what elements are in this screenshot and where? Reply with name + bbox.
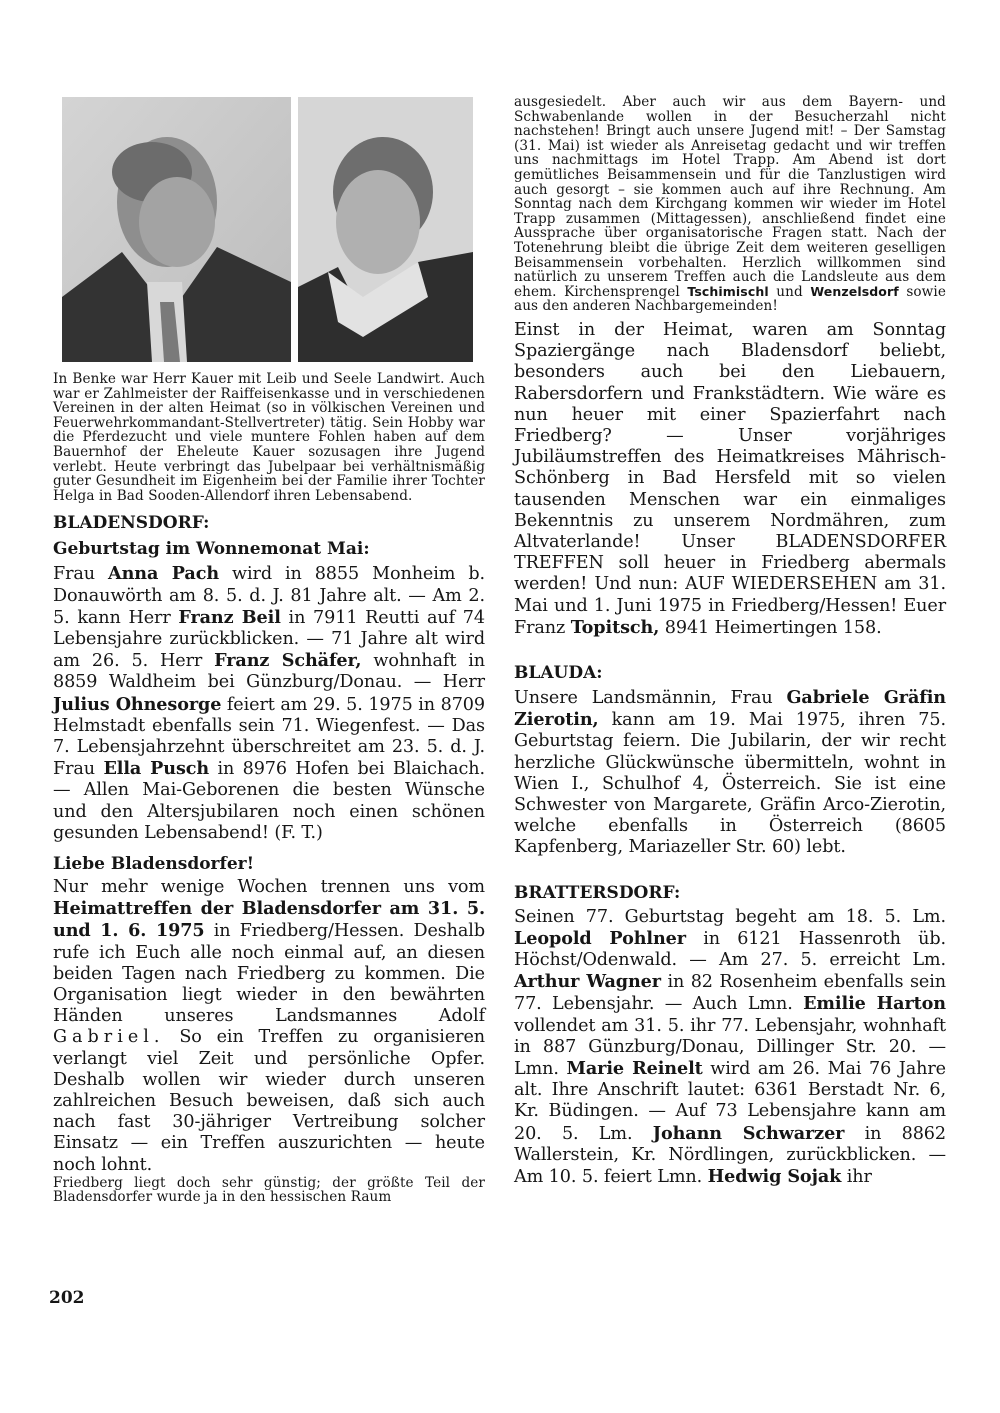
person-name: Franz Schäfer,	[214, 650, 361, 671]
page-number: 202	[49, 1288, 85, 1308]
person-name: Johann Schwarzer	[653, 1123, 845, 1144]
organizer-name: Gabriel.	[53, 1027, 164, 1047]
sub-heading-birthdays: Geburtstag im Wonnemonat Mai:	[53, 539, 485, 560]
person-name: Franz Beil	[178, 607, 280, 628]
treffen-details-paragraph: ausgesiedelt. Aber auch wir aus dem Baye…	[514, 95, 946, 314]
person-name: Anna Pach	[108, 563, 219, 584]
portrait-photo-herr-kauer	[62, 97, 291, 362]
place-name: Wenzelsdorf	[810, 284, 898, 299]
person-name: Hedwig Sojak	[708, 1166, 842, 1187]
person-name: Leopold Pohlner	[514, 928, 686, 949]
birthdays-paragraph: Frau Anna Pach wird in 8855 Monheim b. D…	[53, 563, 485, 844]
person-name: Ella Pusch	[103, 758, 209, 779]
place-name: Tschimischl	[687, 284, 768, 299]
sub-heading-letter: Liebe Bladensdorfer!	[53, 854, 485, 875]
author-name: Topitsch,	[571, 617, 660, 638]
section-heading-blauda: BLAUDA:	[514, 663, 946, 684]
brattersdorf-paragraph: Seinen 77. Geburtstag begeht am 18. 5. L…	[514, 907, 946, 1189]
blauda-paragraph: Unsere Landsmännin, Frau Gabriele Gräfin…	[514, 687, 946, 859]
person-name: Marie Reinelt	[566, 1058, 702, 1079]
portrait-photo-frau-kauer	[298, 97, 473, 362]
photo-caption: In Benke war Herr Kauer mit Leib und See…	[53, 372, 485, 503]
person-name: Arthur Wagner	[514, 971, 661, 992]
invitation-paragraph: Einst in der Heimat, waren am Sonntag Sp…	[514, 320, 946, 639]
left-column: In Benke war Herr Kauer mit Leib und See…	[53, 372, 485, 1205]
portrait-man-image	[62, 97, 291, 362]
letter-continuation-small: Friedberg liegt doch sehr günstig; der g…	[53, 1176, 485, 1205]
section-heading-brattersdorf: BRATTERSDORF:	[514, 883, 946, 904]
portrait-woman-image	[298, 97, 473, 362]
person-name: Emilie Harton	[803, 993, 946, 1014]
right-column: ausgesiedelt. Aber auch wir aus dem Baye…	[514, 95, 946, 1188]
section-heading-bladensdorf: BLADENSDORF:	[53, 513, 485, 534]
letter-paragraph: Nur mehr wenige Wochen trennen uns vom H…	[53, 877, 485, 1176]
person-name: Julius Ohnesorge	[53, 694, 221, 715]
